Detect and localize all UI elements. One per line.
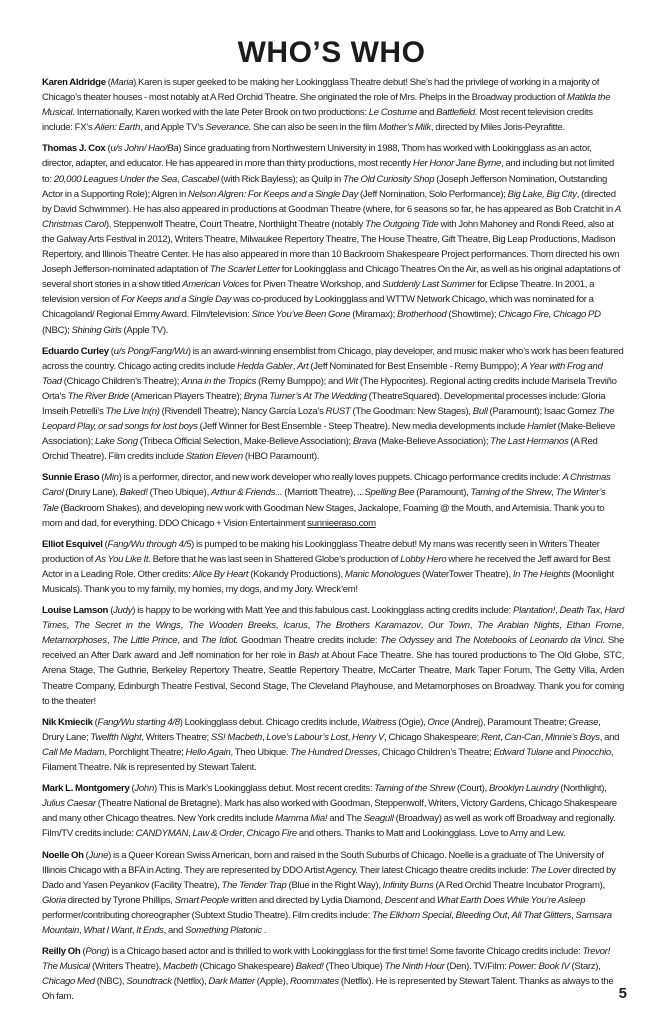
bio-text: written and directed by Lydia Diamond, bbox=[229, 895, 385, 906]
work-title: The Lover bbox=[530, 865, 570, 876]
work-title: The Live In(n) bbox=[106, 406, 160, 417]
work-title: The Outgoing Tide bbox=[365, 219, 438, 230]
bio-text: ) is happy to be working with Matt Yee a… bbox=[132, 605, 513, 616]
bio-text: , and Apple TV’s bbox=[140, 122, 205, 133]
work-title: What I Want bbox=[83, 925, 131, 936]
bio-text: (Netflix), bbox=[172, 976, 209, 987]
bio-text: , and bbox=[600, 732, 619, 743]
work-title: The Last Hermanos bbox=[490, 436, 568, 447]
work-title: Lobby Hero bbox=[400, 554, 446, 565]
bio-text: , Chicago Shakespeare; bbox=[384, 732, 481, 743]
bio-text: (Northlight), bbox=[558, 783, 606, 794]
bio-text: (Jeff Nomination, Solo Performance); bbox=[358, 189, 508, 200]
work-title: Shining Girls bbox=[71, 325, 121, 336]
bio-text: and bbox=[417, 107, 436, 118]
bio-entry: Eduardo Curley (u/s Pong/Fang/Wu) is an … bbox=[42, 344, 624, 465]
work-title: Mother’s Milk bbox=[379, 122, 431, 133]
work-title: Battlefield. bbox=[436, 107, 477, 118]
bios-list: Karen Aldridge (Maria) Karen is super ge… bbox=[42, 75, 624, 1010]
work-title: Seagull bbox=[364, 813, 394, 824]
work-title: Fang/Wu through 4/5 bbox=[108, 539, 192, 550]
work-title: Once bbox=[428, 717, 450, 728]
work-title: Since You’ve Been Gone bbox=[252, 309, 351, 320]
work-title: The Little Prince bbox=[112, 635, 177, 646]
bio-text: (Chicago Children’s Theatre); bbox=[62, 376, 181, 387]
bio-text: (Apple), bbox=[255, 976, 290, 987]
work-title: Le Costume bbox=[369, 107, 417, 118]
work-title: ...Spelling Bee bbox=[357, 487, 414, 498]
work-title: Twelfth Night bbox=[90, 732, 141, 743]
bio-text: (Kokandy Productions), bbox=[248, 569, 345, 580]
work-title: The Arabian Nights bbox=[477, 620, 559, 631]
work-title: John bbox=[134, 783, 154, 794]
work-title: For Keeps and a Single Day bbox=[121, 294, 231, 305]
bio-text: and bbox=[434, 635, 455, 646]
bio-text: (Theo Ubique), bbox=[148, 487, 211, 498]
work-title: Law & Order bbox=[192, 828, 242, 839]
bio-text: (with Rick Bayless); as Quilp in bbox=[219, 174, 343, 185]
bio-text: , Chicago Children’s Theatre; bbox=[378, 747, 494, 758]
bio-entry: Reilly Oh (Pong) is a Chicago based acto… bbox=[42, 944, 624, 1004]
work-title: The Elkhorn Special bbox=[372, 910, 451, 921]
work-title: u/s John/ Hao/Ba bbox=[110, 143, 178, 154]
work-title: Brooklyn Laundry bbox=[489, 783, 558, 794]
work-title: Grease bbox=[569, 717, 599, 728]
bio-text: . bbox=[262, 925, 266, 936]
bio-text: (American Players Theatre); bbox=[129, 391, 244, 402]
work-title: Alien: Earth bbox=[94, 122, 140, 133]
page-title: WHO’S WHO bbox=[0, 36, 663, 70]
work-title: Death Tax bbox=[560, 605, 600, 616]
work-title: The Idiot. bbox=[201, 635, 239, 646]
work-title: Minnie’s Boys bbox=[545, 732, 600, 743]
bio-text: (NBC), bbox=[95, 976, 126, 987]
bio-text: (Remy Bumppo); and bbox=[256, 376, 345, 387]
bio-text: (Writers Theatre), bbox=[90, 961, 163, 972]
work-title: Taming of the Shrew bbox=[374, 783, 455, 794]
bio-text: and others. Thanks to Matt and Lookinggl… bbox=[297, 828, 565, 839]
work-title: Dark Matter bbox=[208, 976, 254, 987]
bio-entry: Nik Kmiecik (Fang/Wu starting 4/8) Looki… bbox=[42, 715, 624, 775]
work-title: Love’s Labour’s Lost bbox=[266, 732, 347, 743]
work-title: The Tender Trap bbox=[222, 880, 287, 891]
bio-text: (A Red Orchid Theatre Incubator Program)… bbox=[434, 880, 605, 891]
bio-text: (Den). TV/Film: bbox=[445, 961, 509, 972]
bio-name: Nik Kmiecik bbox=[42, 717, 93, 728]
bio-name: Sunnie Eraso bbox=[42, 472, 99, 483]
work-title: The Odyssey bbox=[380, 635, 434, 646]
bio-text: ) is a Chicago based actor and is thrill… bbox=[107, 946, 583, 957]
work-title: Brava bbox=[353, 436, 377, 447]
bio-text: Before that he was last seen in Shattere… bbox=[151, 554, 401, 565]
work-title: SS! Macbeth bbox=[211, 732, 262, 743]
bio-text: , and bbox=[164, 925, 185, 936]
work-title: Infinity Burns bbox=[383, 880, 434, 891]
bio-text: (Blue in the Right Way), bbox=[287, 880, 383, 891]
work-title: As You Like It. bbox=[95, 554, 150, 565]
work-title: Mamma Mia! bbox=[275, 813, 327, 824]
bio-entry: Karen Aldridge (Maria) Karen is super ge… bbox=[42, 75, 624, 135]
bio-text: (Showtime); bbox=[446, 309, 498, 320]
bio-text: directed by Tyrone Phillips, bbox=[66, 895, 175, 906]
work-title: Hamlet bbox=[527, 421, 556, 432]
bio-text: (Ogie), bbox=[396, 717, 427, 728]
bio-text: performer/contributing choreographer (Su… bbox=[42, 910, 372, 921]
work-title: In The Heights bbox=[513, 569, 570, 580]
bio-name: Thomas J. Cox bbox=[42, 143, 105, 154]
bio-text: ) is a Queer Korean Swiss American, born… bbox=[42, 850, 604, 876]
work-title: Wit bbox=[345, 376, 358, 387]
work-title: Power: Book IV bbox=[508, 961, 569, 972]
work-title: Rent bbox=[481, 732, 500, 743]
bio-text: , Porchlight Theatre; bbox=[104, 747, 185, 758]
work-title: Edward Tulane bbox=[493, 747, 552, 758]
work-title: Chicago Fire, Chicago PD bbox=[498, 309, 600, 320]
bio-text: (Court), bbox=[455, 783, 489, 794]
bio-text: (The Goodman: New Stages), bbox=[350, 406, 472, 417]
bio-name: Eduardo Curley bbox=[42, 346, 109, 357]
bio-text: (Apple TV). bbox=[122, 325, 169, 336]
bio-name: Louise Lamson bbox=[42, 605, 108, 616]
bio-text: and bbox=[418, 895, 437, 906]
work-title: Nelson Algren: For Keeps and a Single Da… bbox=[188, 189, 358, 200]
work-title: Pong bbox=[85, 946, 106, 957]
bio-text: (Starz), bbox=[570, 961, 601, 972]
work-title: Waitress bbox=[362, 717, 397, 728]
work-title: Baked! bbox=[296, 961, 324, 972]
work-title: Station Eleven bbox=[186, 451, 243, 462]
work-title: Pinocchio bbox=[572, 747, 611, 758]
work-title: Henry V bbox=[352, 732, 384, 743]
work-title: Her Honor Jane Byrne bbox=[413, 158, 501, 169]
bio-text: (Make-Believe Association); bbox=[376, 436, 490, 447]
bio-text: (NBC); bbox=[42, 325, 71, 336]
work-title: Ethan Frome bbox=[567, 620, 622, 631]
work-title: Bash bbox=[298, 650, 319, 661]
work-title: Anna in the Tropics bbox=[181, 376, 256, 387]
work-title: Chicago Med bbox=[42, 976, 95, 987]
work-title: Chicago Fire bbox=[247, 828, 297, 839]
work-title: CANDYMAN bbox=[136, 828, 188, 839]
bio-text: (HBO Paramount). bbox=[243, 451, 319, 462]
bio-text: (Marriott Theatre), bbox=[282, 487, 357, 498]
bio-name: Noelle Oh bbox=[42, 850, 84, 861]
work-title: Lake Song bbox=[95, 436, 138, 447]
work-title: Hello Again bbox=[186, 747, 231, 758]
bio-entry: Sunnie Eraso (Min) is a performer, direc… bbox=[42, 470, 624, 530]
work-title: Baked! bbox=[120, 487, 148, 498]
work-title: The Old Curiosity Shop bbox=[343, 174, 434, 185]
bio-text: (Chicago Shakespeare) bbox=[198, 961, 296, 972]
work-title: What Earth Does While You’re Asleep bbox=[437, 895, 585, 906]
work-title: Taming of the Shrew bbox=[471, 487, 552, 498]
work-title: American Voices bbox=[182, 279, 249, 290]
bio-text: for Piven Theatre Workshop, and bbox=[249, 279, 382, 290]
work-title: Min bbox=[104, 472, 119, 483]
work-title: Art bbox=[297, 361, 308, 372]
bio-text: (Andrej), Paramount Theatre; bbox=[449, 717, 568, 728]
work-title: Maria bbox=[111, 77, 133, 88]
work-title: Bryna Turner’s At The Wedding bbox=[244, 391, 367, 402]
bio-text: (Drury Lane), bbox=[63, 487, 119, 498]
work-title: Descent bbox=[385, 895, 418, 906]
work-title: The Brothers Karamazov bbox=[315, 620, 421, 631]
work-title: Alice By Heart bbox=[193, 569, 249, 580]
work-title: Macbeth bbox=[163, 961, 198, 972]
work-title: Can-Can bbox=[504, 732, 540, 743]
bio-text: (Rivendell Theatre); Nancy García Loza’s bbox=[160, 406, 326, 417]
work-title: RUST bbox=[326, 406, 351, 417]
bio-entry: Louise Lamson (Judy) is happy to be work… bbox=[42, 603, 624, 709]
page-number: 5 bbox=[619, 985, 627, 1002]
bio-text: , bbox=[559, 620, 567, 631]
bio-text: (Jeff Nominated for Best Ensemble - Remy… bbox=[308, 361, 521, 372]
bio-text: (Paramount); Isaac Gomez bbox=[488, 406, 599, 417]
bio-entry: Thomas J. Cox (u/s John/ Hao/Ba) Since g… bbox=[42, 141, 624, 337]
bio-text: ) This is Mark’s Lookingglass debut. Mos… bbox=[154, 783, 374, 794]
bio-text: ) Lookingglass debut. Chicago credits in… bbox=[180, 717, 362, 728]
bio-entry: Elliot Esquivel (Fang/Wu through 4/5) is… bbox=[42, 537, 624, 597]
work-title: Severance. bbox=[206, 122, 252, 133]
program-page: WHO’S WHO Karen Aldridge (Maria) Karen i… bbox=[0, 0, 663, 1024]
bio-name: Reilly Oh bbox=[42, 946, 80, 957]
work-title: Metamorphoses bbox=[42, 635, 107, 646]
bio-text: ) is a performer, director, and new work… bbox=[119, 472, 563, 483]
work-title: The Ninth Hour bbox=[385, 961, 445, 972]
bio-entry: Noelle Oh (June) is a Queer Korean Swiss… bbox=[42, 848, 624, 939]
bio-text: and The bbox=[327, 813, 363, 824]
work-title: Arthur & Friends... bbox=[211, 487, 282, 498]
work-title: The Secret in the Wings bbox=[74, 620, 180, 631]
work-title: The Wooden Breeks bbox=[188, 620, 276, 631]
bio-name: Mark L. Montgomery bbox=[42, 783, 130, 794]
work-title: All That Glitters bbox=[511, 910, 571, 921]
bio-text: (Miramax); bbox=[350, 309, 397, 320]
bio-text: , Writers Theatre; bbox=[141, 732, 211, 743]
bio-text: , and bbox=[177, 635, 200, 646]
work-title: 20,000 Leagues Under the Sea bbox=[54, 174, 177, 185]
work-title: Smart People bbox=[175, 895, 229, 906]
work-title: The Hundred Dresses bbox=[290, 747, 377, 758]
bio-text: (Theo Ubique) bbox=[324, 961, 385, 972]
bio-text: She can also be seen in the film bbox=[251, 122, 379, 133]
work-title: Something Platonic bbox=[185, 925, 262, 936]
work-title: June bbox=[89, 850, 109, 861]
work-title: Cascabel bbox=[181, 174, 219, 185]
work-title: Gloria bbox=[42, 895, 66, 906]
work-title: Bull bbox=[473, 406, 488, 417]
work-title: u/s Pong/Fang/Wu bbox=[114, 346, 188, 357]
bio-text: , Theo Ubique. bbox=[231, 747, 291, 758]
work-title: Bleeding Out bbox=[456, 910, 507, 921]
bio-name: Karen Aldridge bbox=[42, 77, 106, 88]
work-title: Roommates bbox=[290, 976, 339, 987]
bio-text: (Paramount), bbox=[414, 487, 470, 498]
bio-text: Internationally, Karen worked with the l… bbox=[75, 107, 369, 118]
work-title: The Scarlet Letter bbox=[210, 264, 280, 275]
bio-text: (WaterTower Theatre), bbox=[420, 569, 513, 580]
bio-text: , bbox=[622, 620, 624, 631]
work-title: Plantation! bbox=[513, 605, 555, 616]
bio-entry: Mark L. Montgomery (John) This is Mark’s… bbox=[42, 781, 624, 841]
bio-text: (Tribeca Official Selection, Make-Believ… bbox=[138, 436, 353, 447]
bio-text: , directed by Miles Joris-Peyrafitte. bbox=[431, 122, 565, 133]
work-title: Fang/Wu starting 4/8 bbox=[98, 717, 180, 728]
work-title: Soundtrack bbox=[126, 976, 172, 987]
work-title: It Ends bbox=[136, 925, 163, 936]
work-title: Big Lake, Big City bbox=[508, 189, 577, 200]
bio-text: (Jeff Winner for Best Ensemble - Steep T… bbox=[198, 421, 527, 432]
work-title: Icarus bbox=[283, 620, 307, 631]
bio-name: Elliot Esquivel bbox=[42, 539, 103, 550]
bio-text: , bbox=[180, 620, 188, 631]
work-title: Judy bbox=[113, 605, 132, 616]
work-title: Hedda Gabler bbox=[237, 361, 293, 372]
bio-text: and bbox=[553, 747, 572, 758]
work-title: Suddenly Last Summer bbox=[382, 279, 475, 290]
work-title: Brotherhood bbox=[397, 309, 446, 320]
website-link[interactable]: sunnieeraso.com bbox=[307, 518, 376, 529]
work-title: Call Me Madam bbox=[42, 747, 104, 758]
work-title: Julius Caesar bbox=[42, 798, 96, 809]
bio-text: ), Steppenwolf Theatre, Court Theatre, N… bbox=[106, 219, 365, 230]
work-title: Manic Monologues bbox=[345, 569, 420, 580]
bio-text: , bbox=[67, 620, 75, 631]
work-title: The River Bride bbox=[68, 391, 129, 402]
work-title: The Notebooks of Leonardo da Vinci. bbox=[455, 635, 605, 646]
work-title: Our Town bbox=[428, 620, 470, 631]
bio-text: Goodman Theatre credits include: bbox=[238, 635, 380, 646]
